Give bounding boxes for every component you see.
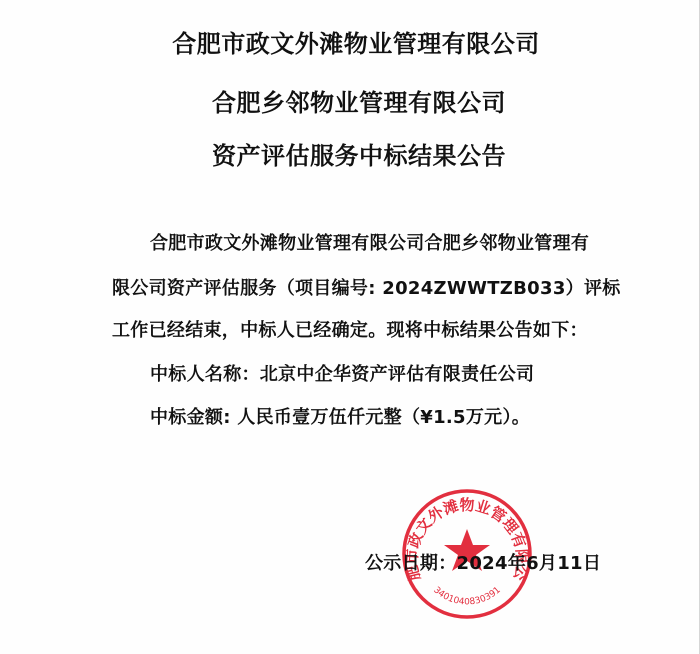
title-company-2: 合肥乡邻物业管理有限公司 [9, 83, 700, 118]
title-announcement: 资产评估服务中标结果公告 [9, 136, 700, 171]
svg-text:3401040830391: 3401040830391 [431, 585, 503, 607]
body-line-1: 合肥市政文外滩物业管理有限公司合肥乡邻物业管理有 [150, 229, 589, 255]
winning-amount: 中标金额: 人民币壹万伍仟元整（¥1.5万元）。 [150, 403, 530, 429]
body-line-2: 限公司资产评估服务（项目编号: 2024ZWWTZB033）评标 [112, 274, 621, 300]
winner-name: 中标人名称：北京中企华资产评估有限责任公司 [150, 360, 534, 386]
body-line-3: 工作已经结束，中标人已经确定。现将中标结果公告如下： [112, 316, 588, 342]
publication-date: 公示日期：2024年6月11日 [365, 549, 601, 575]
title-company-1: 合肥市政文外滩物业管理有限公司 [6, 24, 700, 59]
seal-code: 3401040830391 [431, 585, 503, 607]
